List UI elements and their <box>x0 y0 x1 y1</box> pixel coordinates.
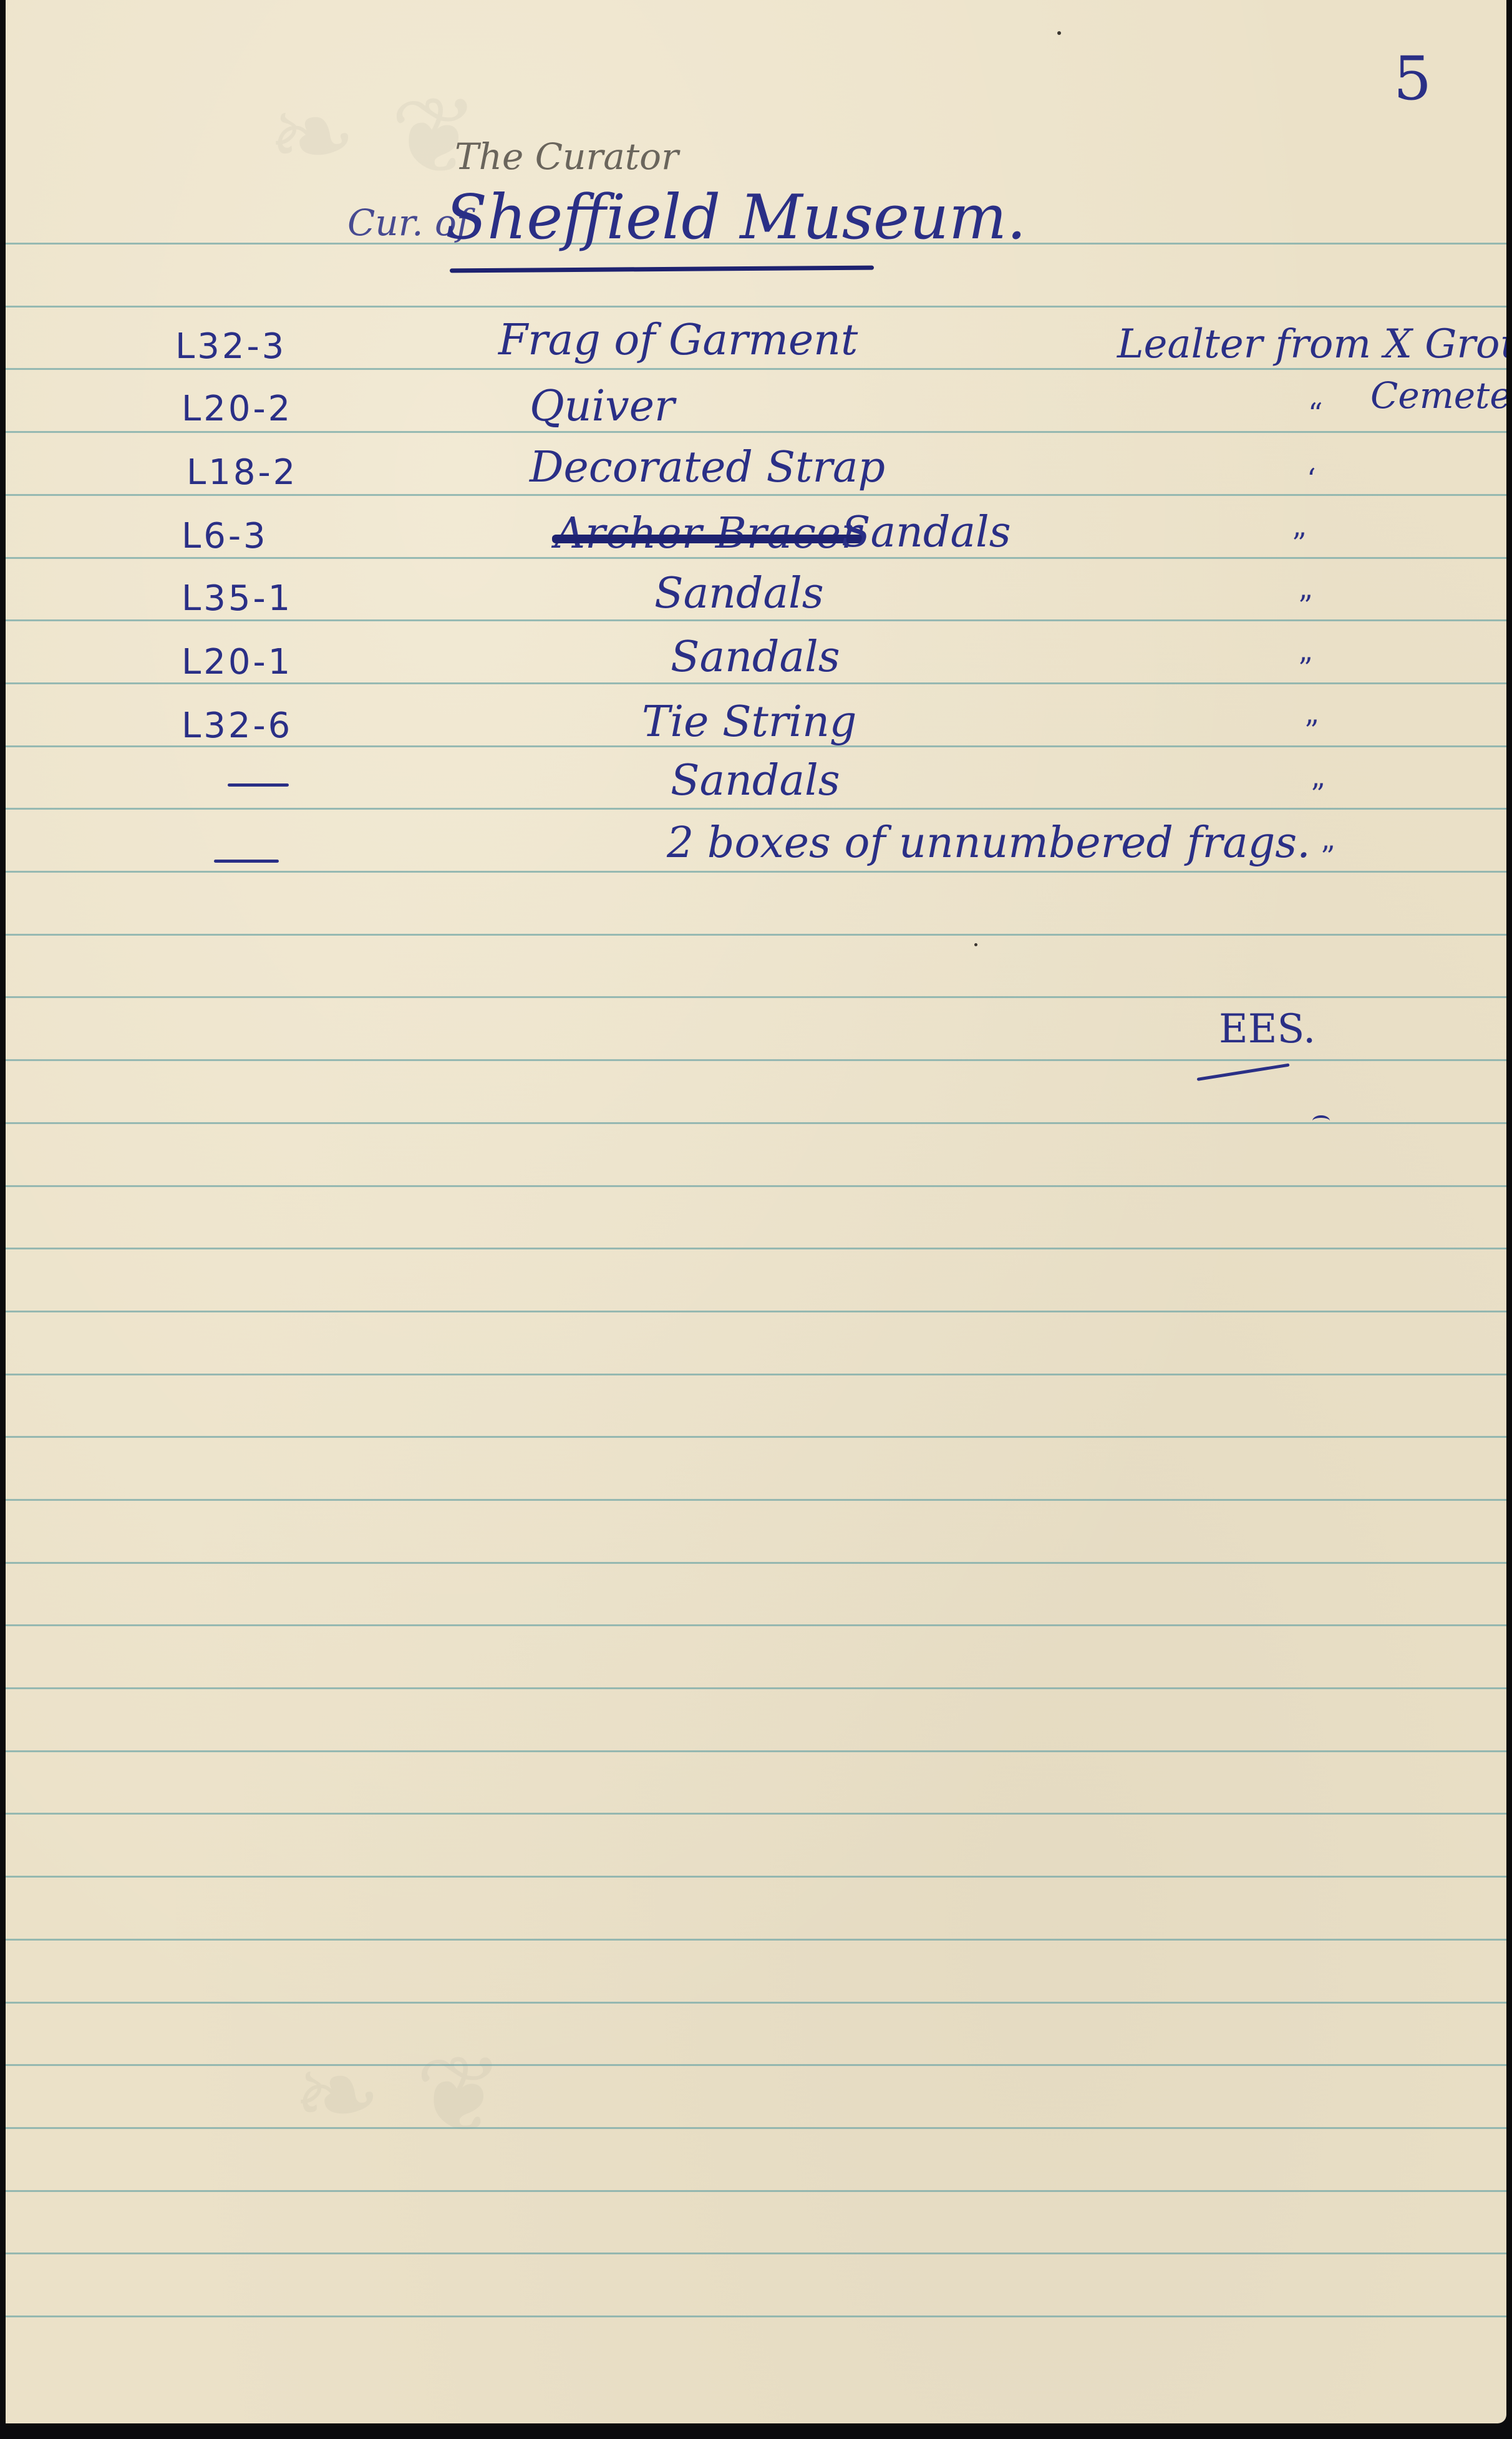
ruled-line <box>6 2127 1506 2129</box>
item-ref: L35-1 <box>182 581 293 616</box>
ditto-mark: ” <box>1298 591 1313 620</box>
ruled-line <box>6 368 1506 370</box>
item-description: Sandals <box>841 512 1011 554</box>
ruled-paper-page: ❧ ❦ ❧ ❦ 5 The Curator Cur. of Sheffield … <box>6 0 1506 2423</box>
ditto-mark: ” <box>1304 716 1319 745</box>
ruled-line <box>6 808 1506 810</box>
item-ref-dash <box>214 860 279 863</box>
ruled-line <box>6 1122 1506 1124</box>
ruled-line <box>6 306 1506 308</box>
column-note-line2: Cemetery <box>1370 377 1506 414</box>
ruled-line <box>6 2315 1506 2317</box>
ruled-line <box>6 431 1506 433</box>
ruled-line <box>6 1876 1506 1878</box>
ruled-line <box>6 934 1506 936</box>
ruled-line <box>6 1750 1506 1752</box>
item-ref: L6-3 <box>182 519 268 554</box>
ditto-mark: “ <box>1308 399 1323 428</box>
item-ref-dash <box>228 783 289 787</box>
item-description: 2 boxes of unnumbered frags. <box>667 822 1311 865</box>
ruled-line <box>6 871 1506 873</box>
item-description: Decorated Strap <box>530 447 885 489</box>
item-ref: L20-2 <box>182 392 293 427</box>
ruled-line <box>6 996 1506 998</box>
ditto-mark: ‘ <box>1307 465 1316 493</box>
item-description: Tie String <box>642 701 856 744</box>
column-note-line1: Lealter from X Group <box>1117 324 1506 364</box>
ruled-line <box>6 1624 1506 1626</box>
ruled-line <box>6 1813 1506 1815</box>
item-description: Quiver <box>530 385 674 428</box>
ruled-line <box>6 2190 1506 2192</box>
item-description: Frag of Garment <box>498 319 858 362</box>
ruled-line <box>6 2064 1506 2066</box>
item-description: Sandals <box>671 636 840 679</box>
item-ref: L32-3 <box>175 329 286 364</box>
ruled-line <box>6 1059 1506 1061</box>
signature-flourish <box>1197 1064 1290 1081</box>
watermark-bottom: ❧ ❦ <box>293 2034 504 2157</box>
addressee-name: Sheffield Museum. <box>445 187 1026 248</box>
item-description: Sandals <box>671 760 840 802</box>
item-ref: L20-1 <box>182 645 293 680</box>
ditto-mark: ” <box>1321 842 1335 871</box>
page-number: 5 <box>1393 49 1432 109</box>
ruled-line <box>6 2252 1506 2254</box>
signature-initials: EES. <box>1219 1009 1316 1049</box>
item-ref: L32-6 <box>182 709 293 744</box>
ruled-line <box>6 619 1506 621</box>
ditto-mark: ” <box>1311 780 1325 808</box>
ruled-line <box>6 1374 1506 1375</box>
ink-speck <box>1057 31 1061 35</box>
item-struck-text: Archer Bracer <box>555 513 861 555</box>
ruled-line <box>6 1311 1506 1312</box>
ditto-mark: ” <box>1292 529 1307 558</box>
signature-flourish-small <box>1312 1115 1330 1127</box>
struck-text: Archer Bracer <box>555 513 861 555</box>
addressee-prefix: The Curator <box>455 138 679 175</box>
item-description: Sandals <box>654 573 824 615</box>
ruled-line <box>6 1436 1506 1438</box>
ink-speck <box>974 943 977 946</box>
ruled-line <box>6 1248 1506 1249</box>
ruled-line <box>6 1562 1506 1564</box>
item-ref: L18-2 <box>187 455 298 490</box>
ruled-line <box>6 1499 1506 1501</box>
ruled-line <box>6 2002 1506 2004</box>
ruled-line <box>6 1939 1506 1941</box>
ditto-mark: ” <box>1298 654 1313 682</box>
watermark-top: ❧ ❦ <box>268 75 479 198</box>
ruled-line <box>6 682 1506 684</box>
ruled-line <box>6 1687 1506 1689</box>
addressee-underline <box>450 266 874 273</box>
ruled-line <box>6 1185 1506 1187</box>
ruled-line <box>6 494 1506 496</box>
